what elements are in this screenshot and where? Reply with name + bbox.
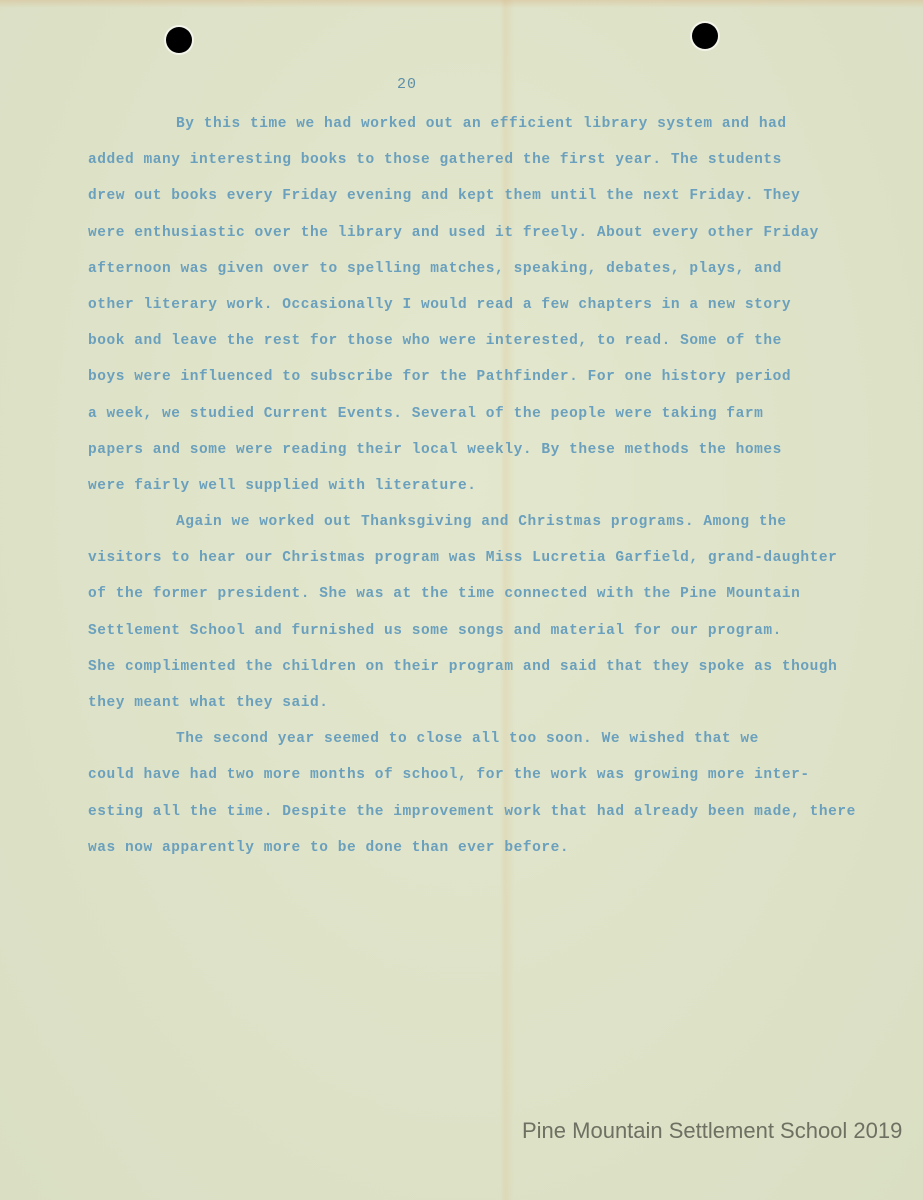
punch-hole-left xyxy=(166,27,192,53)
text-line: She complimented the children on their p… xyxy=(88,649,858,685)
text-line: papers and some were reading their local… xyxy=(88,432,858,468)
text-line: were enthusiastic over the library and u… xyxy=(88,215,858,251)
text-line: added many interesting books to those ga… xyxy=(88,142,858,178)
page-number: 20 xyxy=(397,76,417,93)
text-line: book and leave the rest for those who we… xyxy=(88,323,858,359)
text-line: The second year seemed to close all too … xyxy=(88,721,858,757)
text-line: Settlement School and furnished us some … xyxy=(88,613,858,649)
text-line: drew out books every Friday evening and … xyxy=(88,178,858,214)
watermark: Pine Mountain Settlement School 2019 xyxy=(522,1118,902,1144)
text-line: boys were influenced to subscribe for th… xyxy=(88,359,858,395)
text-line: afternoon was given over to spelling mat… xyxy=(88,251,858,287)
text-line: a week, we studied Current Events. Sever… xyxy=(88,396,858,432)
text-line: other literary work. Occasionally I woul… xyxy=(88,287,858,323)
typed-text-body: By this time we had worked out an effici… xyxy=(88,106,858,866)
punch-hole-right xyxy=(692,23,718,49)
text-line: Again we worked out Thanksgiving and Chr… xyxy=(88,504,858,540)
text-line: could have had two more months of school… xyxy=(88,757,858,793)
text-line: By this time we had worked out an effici… xyxy=(88,106,858,142)
text-line: esting all the time. Despite the improve… xyxy=(88,794,858,830)
text-line: visitors to hear our Christmas program w… xyxy=(88,540,858,576)
text-line: were fairly well supplied with literatur… xyxy=(88,468,858,504)
text-line: of the former president. She was at the … xyxy=(88,576,858,612)
text-line: was now apparently more to be done than … xyxy=(88,830,858,866)
text-line: they meant what they said. xyxy=(88,685,858,721)
